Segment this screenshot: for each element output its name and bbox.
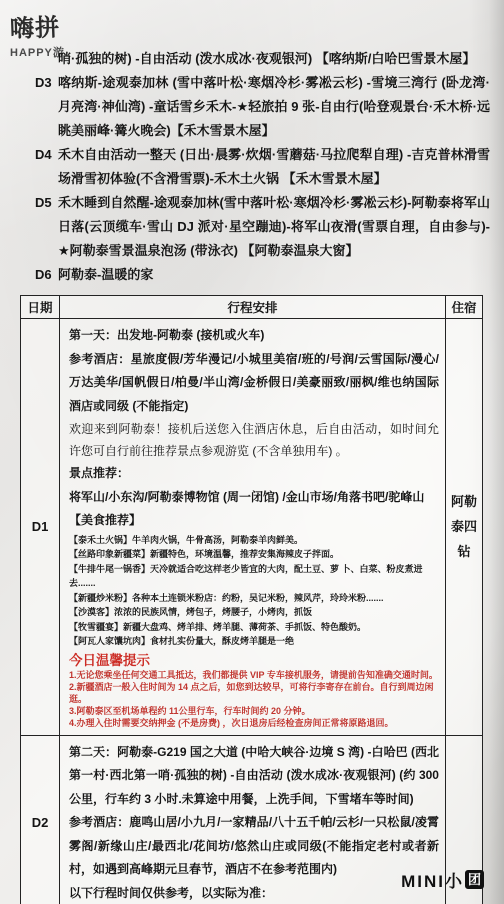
day-text: 阿勒泰-温暖的家 (58, 263, 490, 287)
day-label: D3 (35, 71, 58, 95)
day1-food-item: 【阿瓦人家馕坑肉】食材扎实份量大，酥皮烤羊腿是一绝 (69, 634, 439, 649)
day1-title: 第一天：出发地-阿勒泰 (接机或火车) (69, 324, 439, 348)
day-summary-item: D6 阿勒泰-温暖的家 (35, 263, 490, 287)
day1-tip-item: 2.新疆酒店一般入住时间为 14 点之后，如您到达较早，可将行李寄存在前台。自行… (69, 681, 439, 705)
day1-tips-title: 今日温馨提示 (69, 649, 439, 669)
day2-plan-cell: 第二天：阿勒泰-G219 国之大道 (中哈大峡谷·边境 S 湾) -白哈巴 (西… (60, 735, 446, 904)
day2-title: 第二天：阿勒泰-G219 国之大道 (中哈大峡谷·边境 S 湾) -白哈巴 (西… (69, 741, 439, 812)
footer-brand-text: MINI小 (401, 867, 464, 892)
day1-food-item: 【丝路印象新疆菜】新疆特色，环境温馨，推荐安集海辣皮子拌面。 (69, 547, 439, 562)
day1-food-item: 【泰禾土火锅】牛羊肉火锅，牛骨高汤，阿勒泰羊肉鲜美。 (69, 533, 439, 548)
day2-hotels: 参考酒店：鹿鸣山居/小九月/一家精品/八十五千帕/云杉/一只松鼠/凌霄雾阁/新缘… (69, 811, 439, 882)
brand-logo-cn: 嗨拼 (9, 7, 65, 44)
day2-notice-line: 以下行程时间仅供参考，以实际为准： (69, 882, 439, 904)
day-label: D6 (35, 263, 58, 287)
header-stay: 住宿 (446, 296, 483, 319)
header-plan: 行程安排 (60, 296, 446, 319)
day-text: 禾木自由活动一整天 (日出·晨雾·炊烟·雪蘑菇·马拉爬犁自理) -吉克普林滑雪场… (58, 143, 490, 191)
table-row-day1: D1 第一天：出发地-阿勒泰 (接机或火车) 参考酒店：星旅度假/芳华漫记/小城… (21, 319, 483, 736)
day1-tip-item: 3.阿勒泰区至机场单程约 11公里行车，行车时间约 20 分钟。 (69, 705, 439, 717)
day-summary-item: 哨·孤独的树) -自由活动 (泼水成冰·夜观银河) 【喀纳斯/白哈巴雪景木屋】 (35, 47, 490, 71)
day1-food-item: 【牧雪疆宴】新疆大盘鸡、烤羊排、烤羊腿、薄荷茶、手抓饭、特色酸奶。 (69, 620, 439, 635)
day1-stay-cell: 阿勒泰四钻 (446, 319, 483, 736)
day1-hotels: 参考酒店：星旅度假/芳华漫记/小城里美宿/班的/号润/云雪国际/漫心/万达美华/… (69, 348, 439, 419)
day-text: 喀纳斯-途观泰加林 (雪中落叶松·寒烟冷杉·雾凇云杉) -雪境三湾行 (卧龙湾·… (58, 71, 490, 143)
day1-sights-list: 将军山/小东沟/阿勒泰博物馆 (周一闭馆) /金山市场/角落书吧/驼峰山 (69, 486, 439, 510)
day-summary-item: D4 禾木自由活动一整天 (日出·晨雾·炊烟·雪蘑菇·马拉爬犁自理) -吉克普林… (35, 143, 490, 191)
day1-welcome-note: 欢迎来到阿勒泰！接机后送您入住酒店休息，后自由活动，如时间允许您可自行前往推荐景… (69, 418, 439, 462)
day2-date-cell: D2 (21, 735, 60, 904)
day-summary-item: D3 喀纳斯-途观泰加林 (雪中落叶松·寒烟冷杉·雾凇云杉) -雪境三湾行 (卧… (35, 71, 490, 143)
day1-food-item: 【新疆炒米粉】各种本土连锁米粉店：约粉，吴记米粉，辣风芹，玲玲米粉....... (69, 591, 439, 606)
day1-sights-title: 景点推荐： (69, 462, 439, 486)
day-summary-list: 哨·孤独的树) -自由活动 (泼水成冰·夜观银河) 【喀纳斯/白哈巴雪景木屋】 … (35, 47, 490, 287)
table-header-row: 日期 行程安排 住宿 (21, 296, 483, 319)
day1-food-item: 【牛排牛尾一锅香】天冷就适合吃这样老少皆宜的大肉，配土豆、萝 卜、白菜、粉皮煮进… (69, 562, 439, 591)
day-text: 哨·孤独的树) -自由活动 (泼水成冰·夜观银河) 【喀纳斯/白哈巴雪景木屋】 (58, 47, 490, 71)
itinerary-page: 嗨拼 HAPPY游 哨·孤独的树) -自由活动 (泼水成冰·夜观银河) 【喀纳斯… (0, 0, 504, 904)
footer-brand-boxed: 团 (465, 870, 484, 889)
footer-brand: MINI小 团 (401, 867, 484, 892)
day1-date-cell: D1 (21, 319, 60, 736)
day-text: 禾木睡到自然醒-途观泰加林(雪中落叶松·寒烟冷杉·雾凇云杉)-阿勒泰将军山日落(… (58, 191, 490, 263)
day1-food-title: 【美食推荐】 (69, 509, 439, 533)
day1-tip-item: 1.无论您乘坐任何交通工具抵达，我们都提供 VIP 专车接机服务，请提前告知准确… (69, 669, 439, 681)
day1-food-item: 【沙漠客】浓浓的民族风情，烤包子，烤腰子，小烤肉，抓饭 (69, 605, 439, 620)
day-label: D4 (35, 143, 58, 167)
day1-tip-item: 4.办理入住时需要交纳押金 (不是房费) ，次日退房后经检查房间正常将原路退回。 (69, 717, 439, 729)
header-date: 日期 (21, 296, 60, 319)
day1-plan-cell: 第一天：出发地-阿勒泰 (接机或火车) 参考酒店：星旅度假/芳华漫记/小城里美宿… (60, 319, 446, 736)
day-label: D5 (35, 191, 58, 215)
itinerary-table: 日期 行程安排 住宿 D1 第一天：出发地-阿勒泰 (接机或火车) 参考酒店：星… (20, 295, 483, 904)
day-summary-item: D5 禾木睡到自然醒-途观泰加林(雪中落叶松·寒烟冷杉·雾凇云杉)-阿勒泰将军山… (35, 191, 490, 263)
